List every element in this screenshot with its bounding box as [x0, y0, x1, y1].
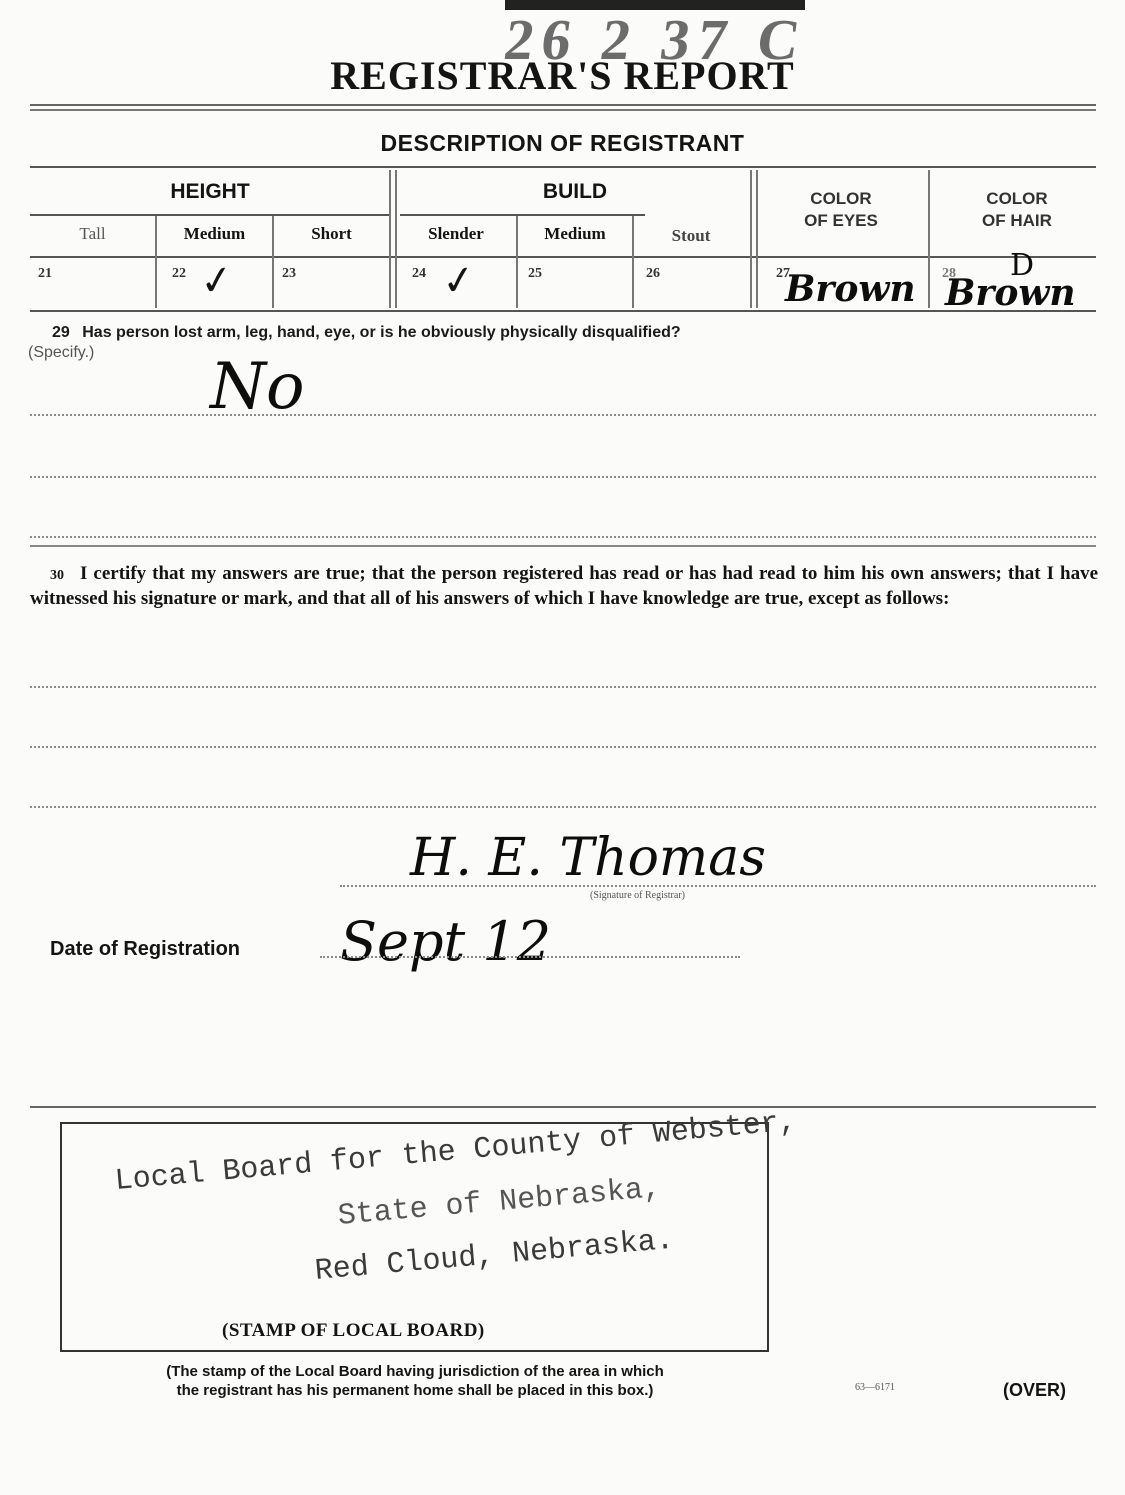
build-subrule [400, 214, 645, 216]
exception-line [30, 686, 1096, 688]
answer-line [30, 476, 1096, 478]
build-header: BUILD [395, 180, 755, 204]
over-label: (OVER) [1003, 1380, 1066, 1401]
exception-line [30, 806, 1096, 808]
registration-date-value: Sept 12 [340, 910, 551, 973]
divider [928, 170, 930, 308]
label-rule [30, 256, 1096, 258]
build-medium-label: Medium [518, 224, 632, 244]
height-medium-check-icon: ✓ [197, 256, 237, 306]
height-short-label: Short [274, 224, 389, 244]
build-slender-check-icon: ✓ [439, 256, 479, 306]
height-medium-label: Medium [157, 224, 272, 244]
field-number-22: 22 [172, 266, 186, 282]
title-rule [30, 104, 1096, 111]
height-subrule [30, 214, 390, 216]
signature-caption: (Signature of Registrar) [590, 890, 685, 901]
form-code: 63—6171 [855, 1382, 895, 1393]
table-bottom-rule [30, 310, 1096, 312]
field-number-26: 26 [646, 266, 660, 282]
answer-line [30, 536, 1096, 538]
field-number-23: 23 [282, 266, 296, 282]
question-29-specify: (Specify.) [28, 344, 94, 362]
eye-color-value: Brown [785, 268, 916, 310]
stamp-top-rule [30, 1106, 1096, 1108]
table-top-rule [30, 166, 1096, 168]
stamp-label: (STAMP OF LOCAL BOARD) [222, 1320, 485, 1342]
section-title: DESCRIPTION OF REGISTRANT [0, 130, 1125, 157]
registration-date-label: Date of Registration [50, 938, 240, 961]
answer-line [30, 414, 1096, 416]
registrar-signature: H. E. Thomas [410, 828, 766, 888]
question-29: 29 Has person lost arm, leg, hand, eye, … [52, 324, 681, 342]
exception-line [30, 746, 1096, 748]
question-29-answer: No [210, 350, 305, 424]
build-slender-label: Slender [396, 224, 516, 244]
hair-color-value: Brown [945, 272, 1076, 314]
build-stout-label: Stout [634, 226, 748, 246]
date-line [320, 956, 740, 958]
field-number-25: 25 [528, 266, 542, 282]
field-number-24: 24 [412, 266, 426, 282]
field-number-21: 21 [38, 266, 52, 282]
eye-color-header: COLOR OF EYES [755, 188, 927, 232]
certification-text: 30 I certify that my answers are true; t… [30, 562, 1098, 610]
hair-color-header: COLOR OF HAIR [932, 188, 1102, 232]
signature-line [340, 885, 1096, 887]
section-rule [30, 545, 1096, 547]
height-header: HEIGHT [30, 180, 390, 204]
page-title: REGISTRAR'S REPORT [0, 52, 1125, 99]
stamp-instructions: (The stamp of the Local Board having jur… [55, 1362, 775, 1400]
height-tall-label: Tall [30, 224, 155, 244]
